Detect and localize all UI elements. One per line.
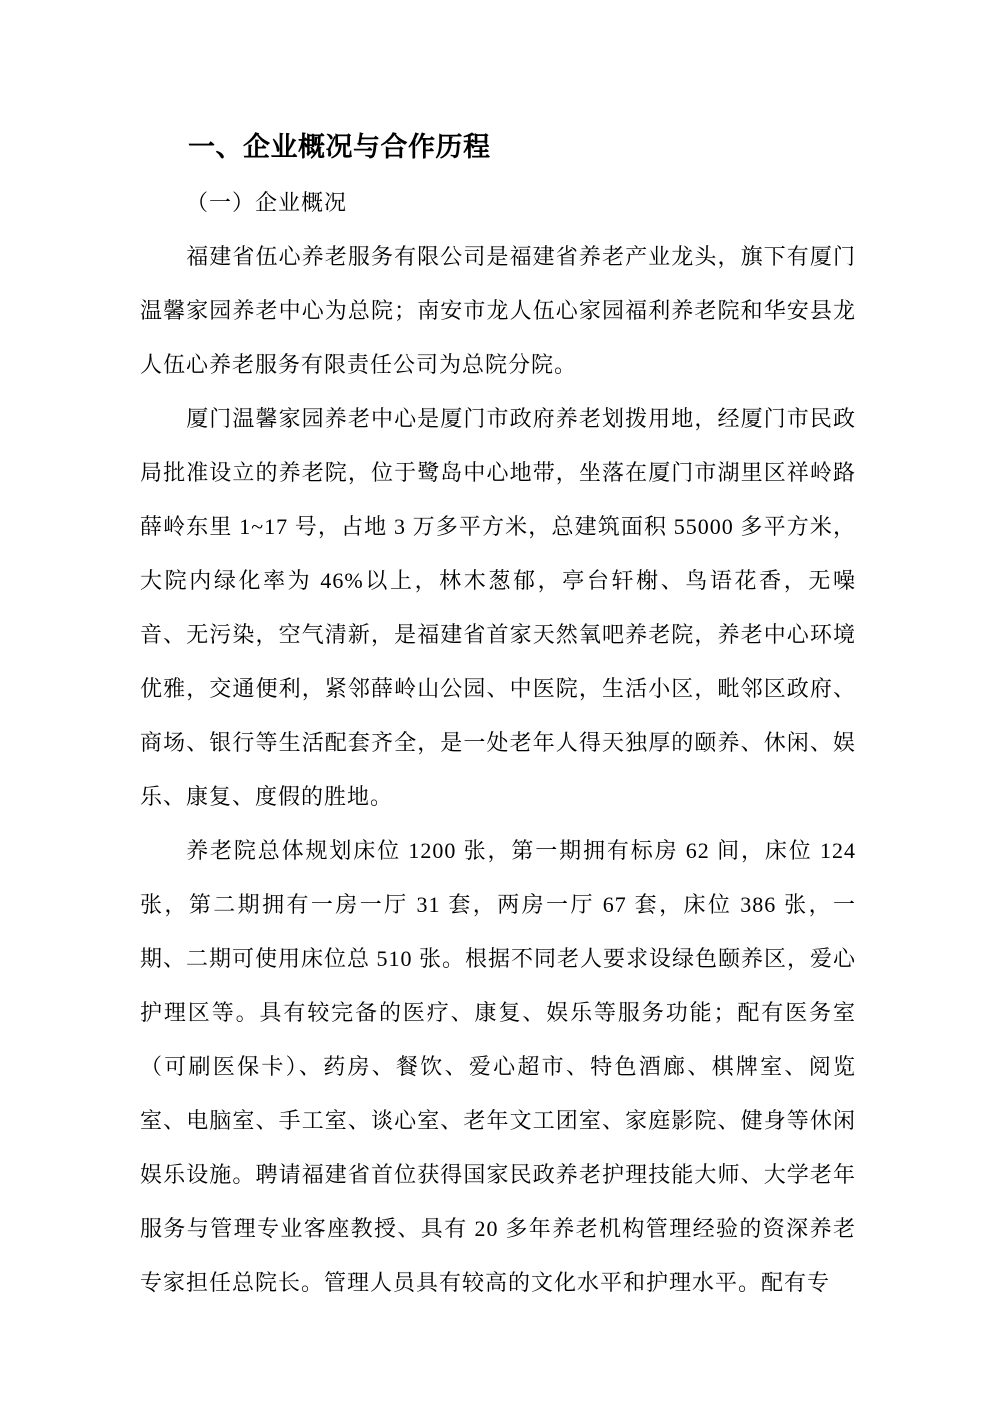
document-page: 一、企业概况与合作历程 （一）企业概况 福建省伍心养老服务有限公司是福建省养老产… <box>0 0 992 1403</box>
section-heading: 一、企业概况与合作历程 <box>140 118 856 176</box>
paragraph-facilities-staff: 养老院总体规划床位 1200 张，第一期拥有标房 62 间，床位 124 张，第… <box>140 824 856 1310</box>
paragraph-company-overview: 福建省伍心养老服务有限公司是福建省养老产业龙头，旗下有厦门温馨家园养老中心为总院… <box>140 230 856 392</box>
paragraph-location-environment: 厦门温馨家园养老中心是厦门市政府养老划拨用地，经厦门市民政局批准设立的养老院，位… <box>140 392 856 824</box>
subsection-heading: （一）企业概况 <box>140 176 856 230</box>
